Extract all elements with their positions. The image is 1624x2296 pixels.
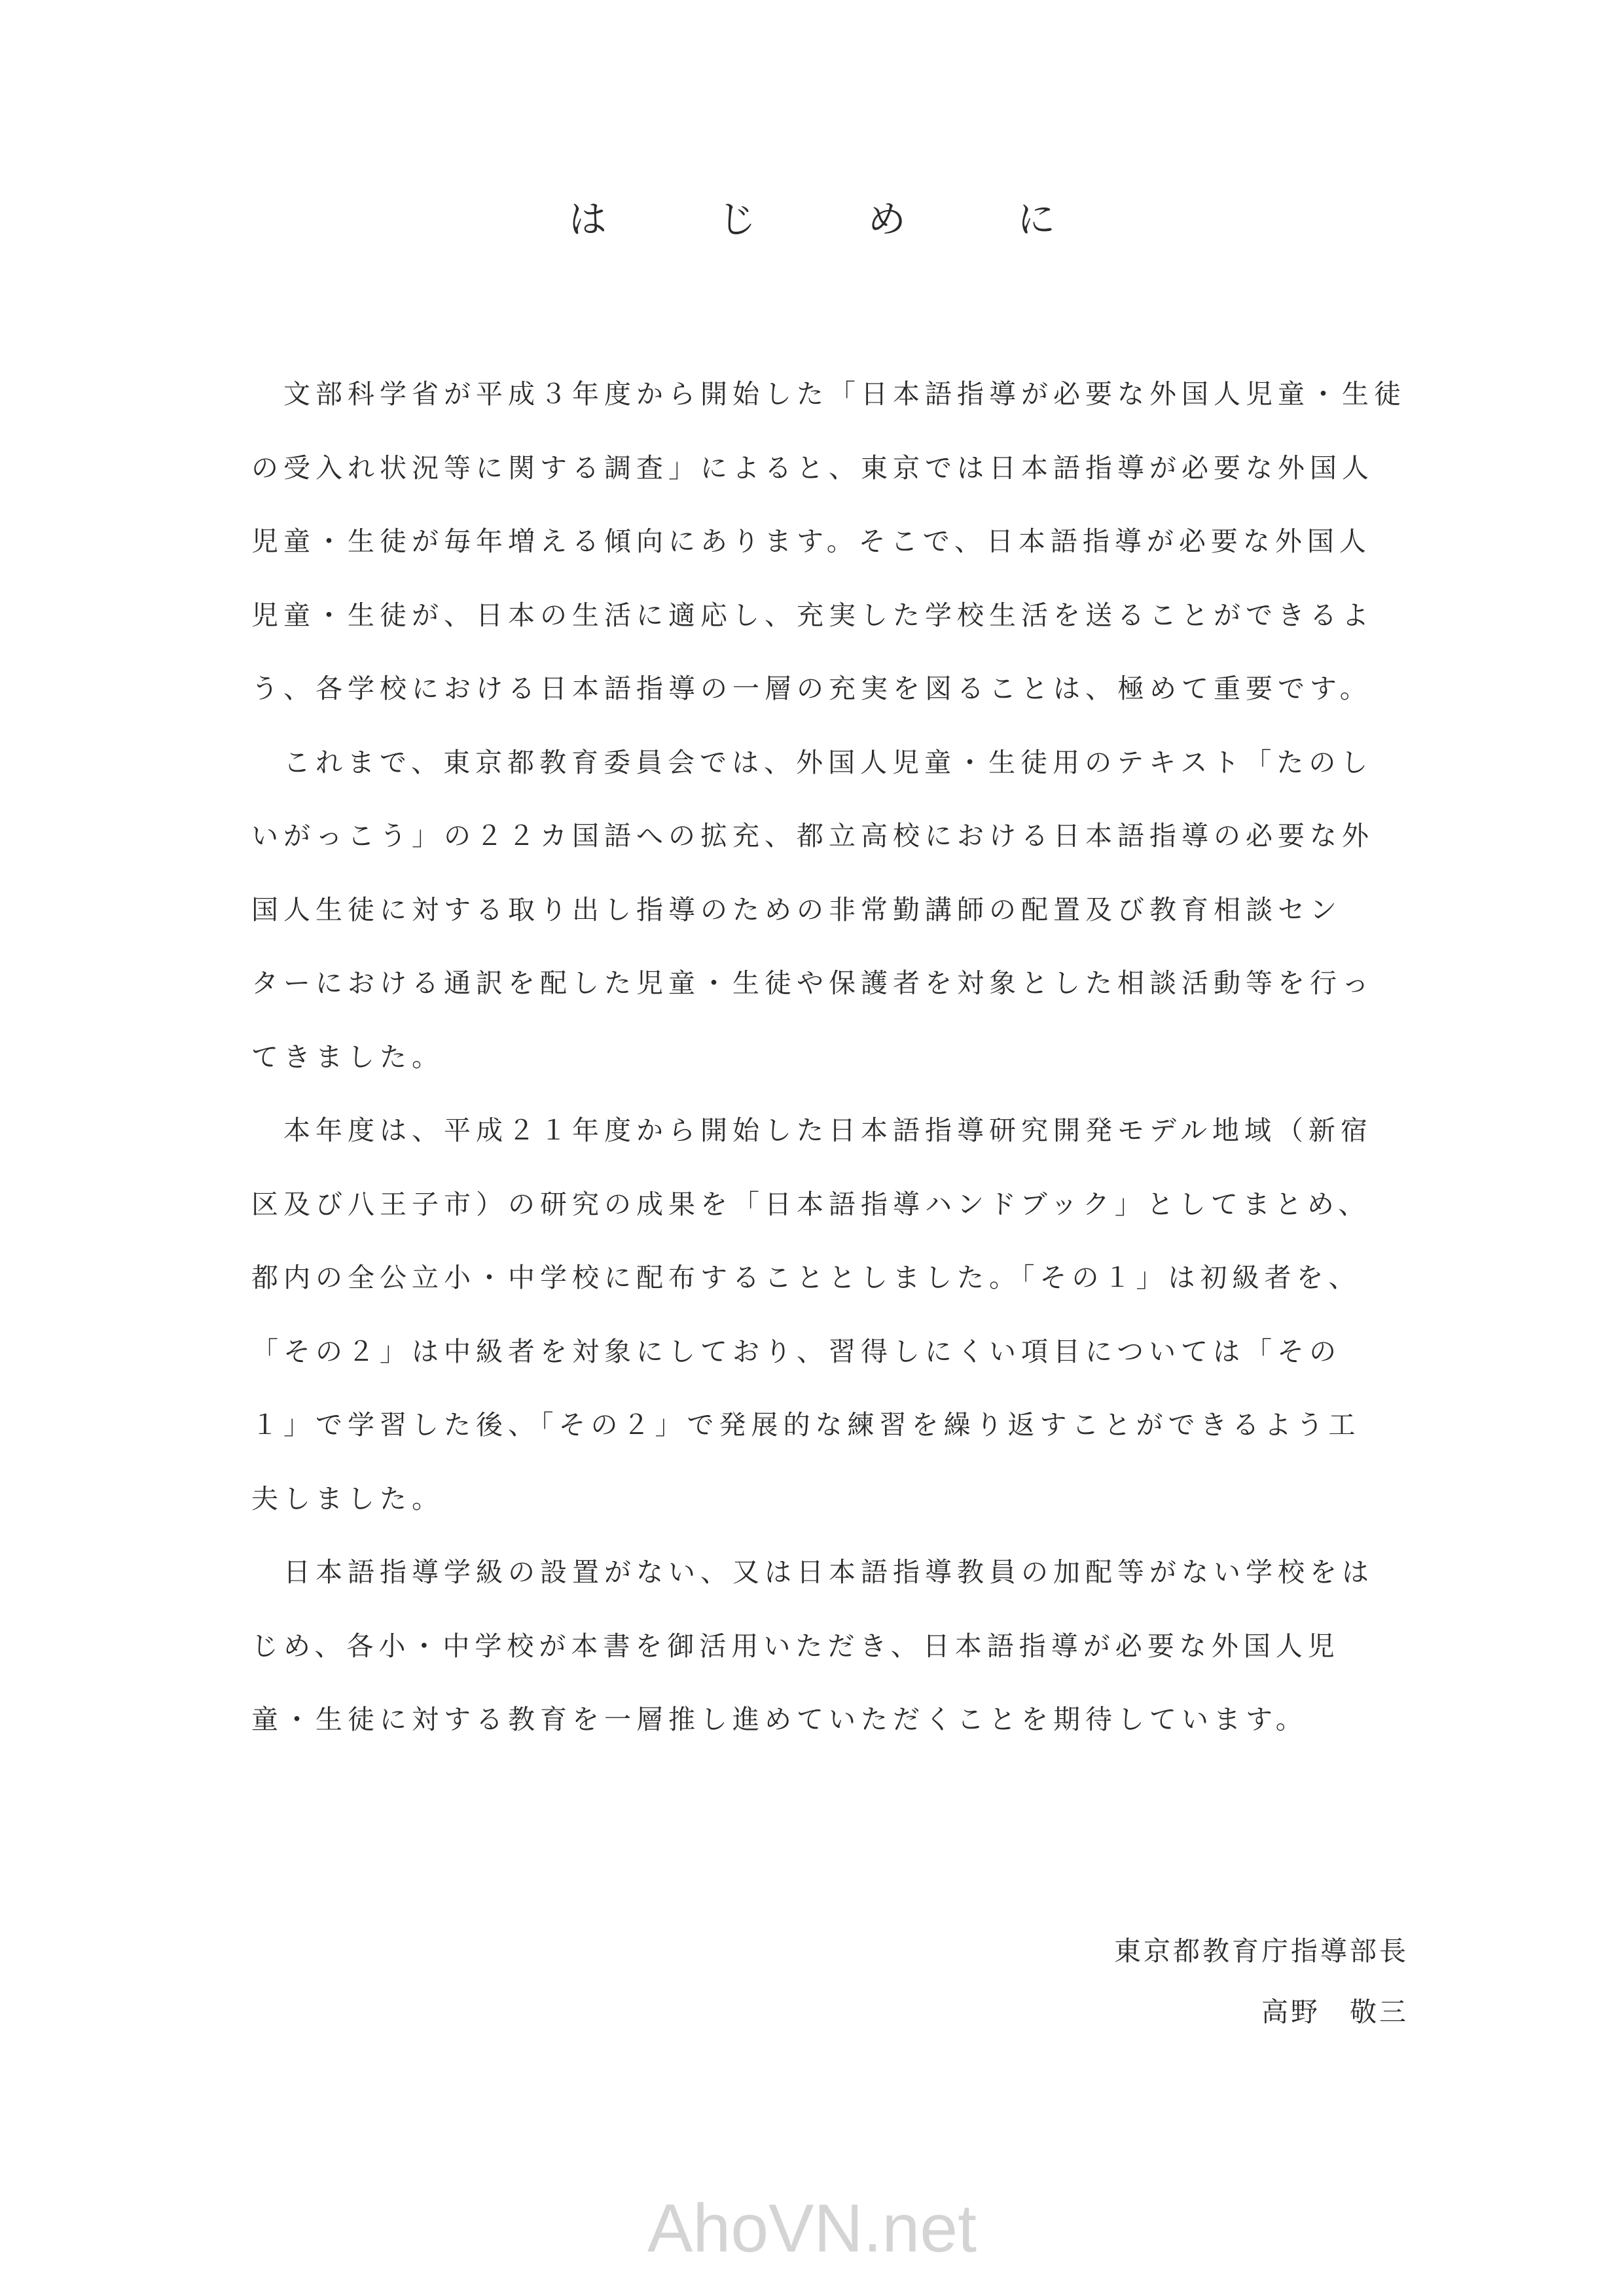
- text-line: いがっこう」の２２カ国語への拡充、都立高校における日本語指導の必要な外: [251, 799, 1403, 873]
- text-line: 文部科学省が平成３年度から開始した「日本語指導が必要な外国人児童・生徒: [251, 357, 1403, 431]
- paragraph-4: 日本語指導学級の設置がない、又は日本語指導教員の加配等がない学校をは じめ、各小…: [251, 1535, 1403, 1757]
- paragraph-2: これまで、東京都教育委員会では、外国人児童・生徒用のテキスト「たのし いがっこう…: [251, 726, 1403, 1094]
- signature-position: 東京都教育庁指導部長: [1114, 1921, 1409, 1982]
- paragraph-3: 本年度は、平成２１年度から開始した日本語指導研究開発モデル地域（新宿 区及び八王…: [251, 1094, 1403, 1535]
- text-line: の受入れ状況等に関する調査」によると、東京では日本語指導が必要な外国人: [251, 431, 1403, 505]
- text-line: これまで、東京都教育委員会では、外国人児童・生徒用のテキスト「たのし: [251, 726, 1403, 800]
- text-line: １」で学習した後、「その２」で発展的な練習を繰り返すことができるよう工: [251, 1388, 1403, 1462]
- signature-block: 東京都教育庁指導部長 高野 敬三: [1114, 1921, 1409, 2043]
- text-line: ターにおける通訳を配した児童・生徒や保護者を対象とした相談活動等を行っ: [251, 946, 1403, 1020]
- text-line: 「その２」は中級者を対象にしており、習得しにくい項目については「その: [251, 1315, 1403, 1389]
- text-line: 日本語指導学級の設置がない、又は日本語指導教員の加配等がない学校をは: [251, 1535, 1403, 1609]
- text-line: 都内の全公立小・中学校に配布することとしました。「その１」は初級者を、: [251, 1241, 1403, 1315]
- text-line: 童・生徒に対する教育を一層推し進めていただくことを期待しています。: [251, 1683, 1403, 1757]
- page-title: は じ め に: [0, 190, 1624, 249]
- watermark: AhoVN.net: [0, 2189, 1624, 2268]
- text-line: 夫しました。: [251, 1462, 1403, 1536]
- text-line: じめ、各小・中学校が本書を御活用いただき、日本語指導が必要な外国人児: [251, 1609, 1403, 1683]
- text-line: う、各学校における日本語指導の一層の充実を図ることは、極めて重要です。: [251, 652, 1403, 726]
- text-line: 児童・生徒が毎年増える傾向にあります。そこで、日本語指導が必要な外国人: [251, 505, 1403, 579]
- text-line: 区及び八王子市）の研究の成果を「日本語指導ハンドブック」としてまとめ、: [251, 1168, 1403, 1242]
- signature-name: 高野 敬三: [1114, 1982, 1409, 2043]
- text-line: 国人生徒に対する取り出し指導のための非常勤講師の配置及び教育相談セン: [251, 873, 1403, 947]
- text-line: 本年度は、平成２１年度から開始した日本語指導研究開発モデル地域（新宿: [251, 1094, 1403, 1168]
- body-text: 文部科学省が平成３年度から開始した「日本語指導が必要な外国人児童・生徒 の受入れ…: [251, 357, 1403, 1757]
- text-line: 児童・生徒が、日本の生活に適応し、充実した学校生活を送ることができるよ: [251, 579, 1403, 653]
- text-line: てきました。: [251, 1020, 1403, 1094]
- paragraph-1: 文部科学省が平成３年度から開始した「日本語指導が必要な外国人児童・生徒 の受入れ…: [251, 357, 1403, 726]
